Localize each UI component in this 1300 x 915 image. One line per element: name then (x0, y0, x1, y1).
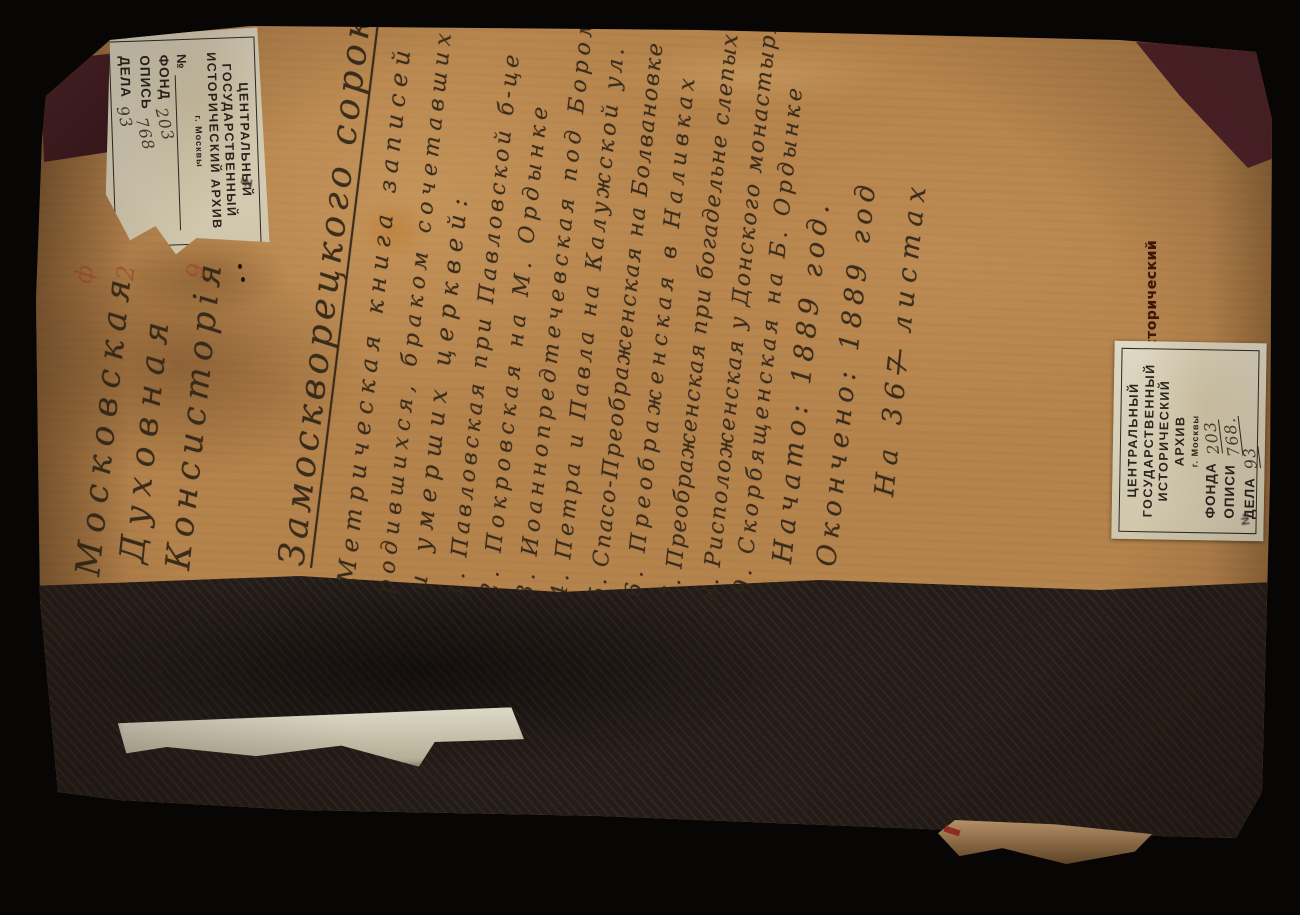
sheet-count-suffix: листах (885, 178, 934, 352)
field-label: ФОНДА (1200, 462, 1221, 518)
archive-org-name: ЦЕНТРАЛЬНЫЙ ГОСУДАРСТВЕННЫЙ ИСТОРИЧЕСКИЙ… (1125, 355, 1190, 526)
archive-city: г. Москвы (1188, 356, 1201, 526)
pencil-mark: 9 (181, 262, 210, 280)
field-value-handwritten: 93 (1242, 446, 1262, 470)
sheet-count-struck-digit: 7 (882, 348, 915, 376)
field-value-handwritten: 93 (114, 104, 135, 130)
number-stamp-icon: № (240, 175, 254, 189)
field-label: ОПИСЬ (134, 55, 155, 110)
pencil-mark: ф (69, 263, 99, 285)
org-line: ИСТОРИЧЕСКИЙ АРХИВ (1156, 355, 1190, 526)
field-label: ОПИСИ (1220, 464, 1241, 519)
archive-org-name: ЦЕНТРАЛЬНЫЙ ГОСУДАРСТВЕННЫЙ ИСТОРИЧЕСКИЙ… (202, 44, 256, 238)
sheet-count-prefix: На 36 (869, 373, 913, 498)
number-sign: № (174, 54, 189, 69)
number-stamp-icon: № (1239, 511, 1253, 526)
sheet-count: На 367 листах (869, 178, 933, 498)
field-label: ФОНД (154, 54, 175, 100)
field-label: ДЕЛА (114, 56, 135, 99)
ink-speck (241, 277, 245, 282)
book-cover: Московская Духовная Консисторія Замоскво… (0, 0, 1300, 915)
ink-speck (238, 264, 242, 269)
scanned-book-cover: Московская Духовная Консисторія Замоскво… (0, 0, 1300, 915)
archive-label-top-left: ЦЕНТРАЛЬНЫЙ ГОСУДАРСТВЕННЫЙ ИСТОРИЧЕСКИЙ… (100, 27, 270, 257)
archive-label-right: ЦЕНТРАЛЬНЫЙ ГОСУДАРСТВЕННЫЙ ИСТОРИЧЕСКИЙ… (1111, 341, 1266, 542)
archive-label-frame: ЦЕНТРАЛЬНЫЙ ГОСУДАРСТВЕННЫЙ ИСТОРИЧЕСКИЙ… (108, 37, 261, 248)
pencil-mark: 2 (111, 264, 140, 282)
label-field-row: ДЕЛА 93 (1239, 357, 1262, 527)
archive-label-frame: ЦЕНТРАЛЬНЫЙ ГОСУДАРСТВЕННЫЙ ИСТОРИЧЕСКИЙ… (1118, 348, 1259, 534)
consistory-header-line: Консисторія (158, 256, 231, 572)
